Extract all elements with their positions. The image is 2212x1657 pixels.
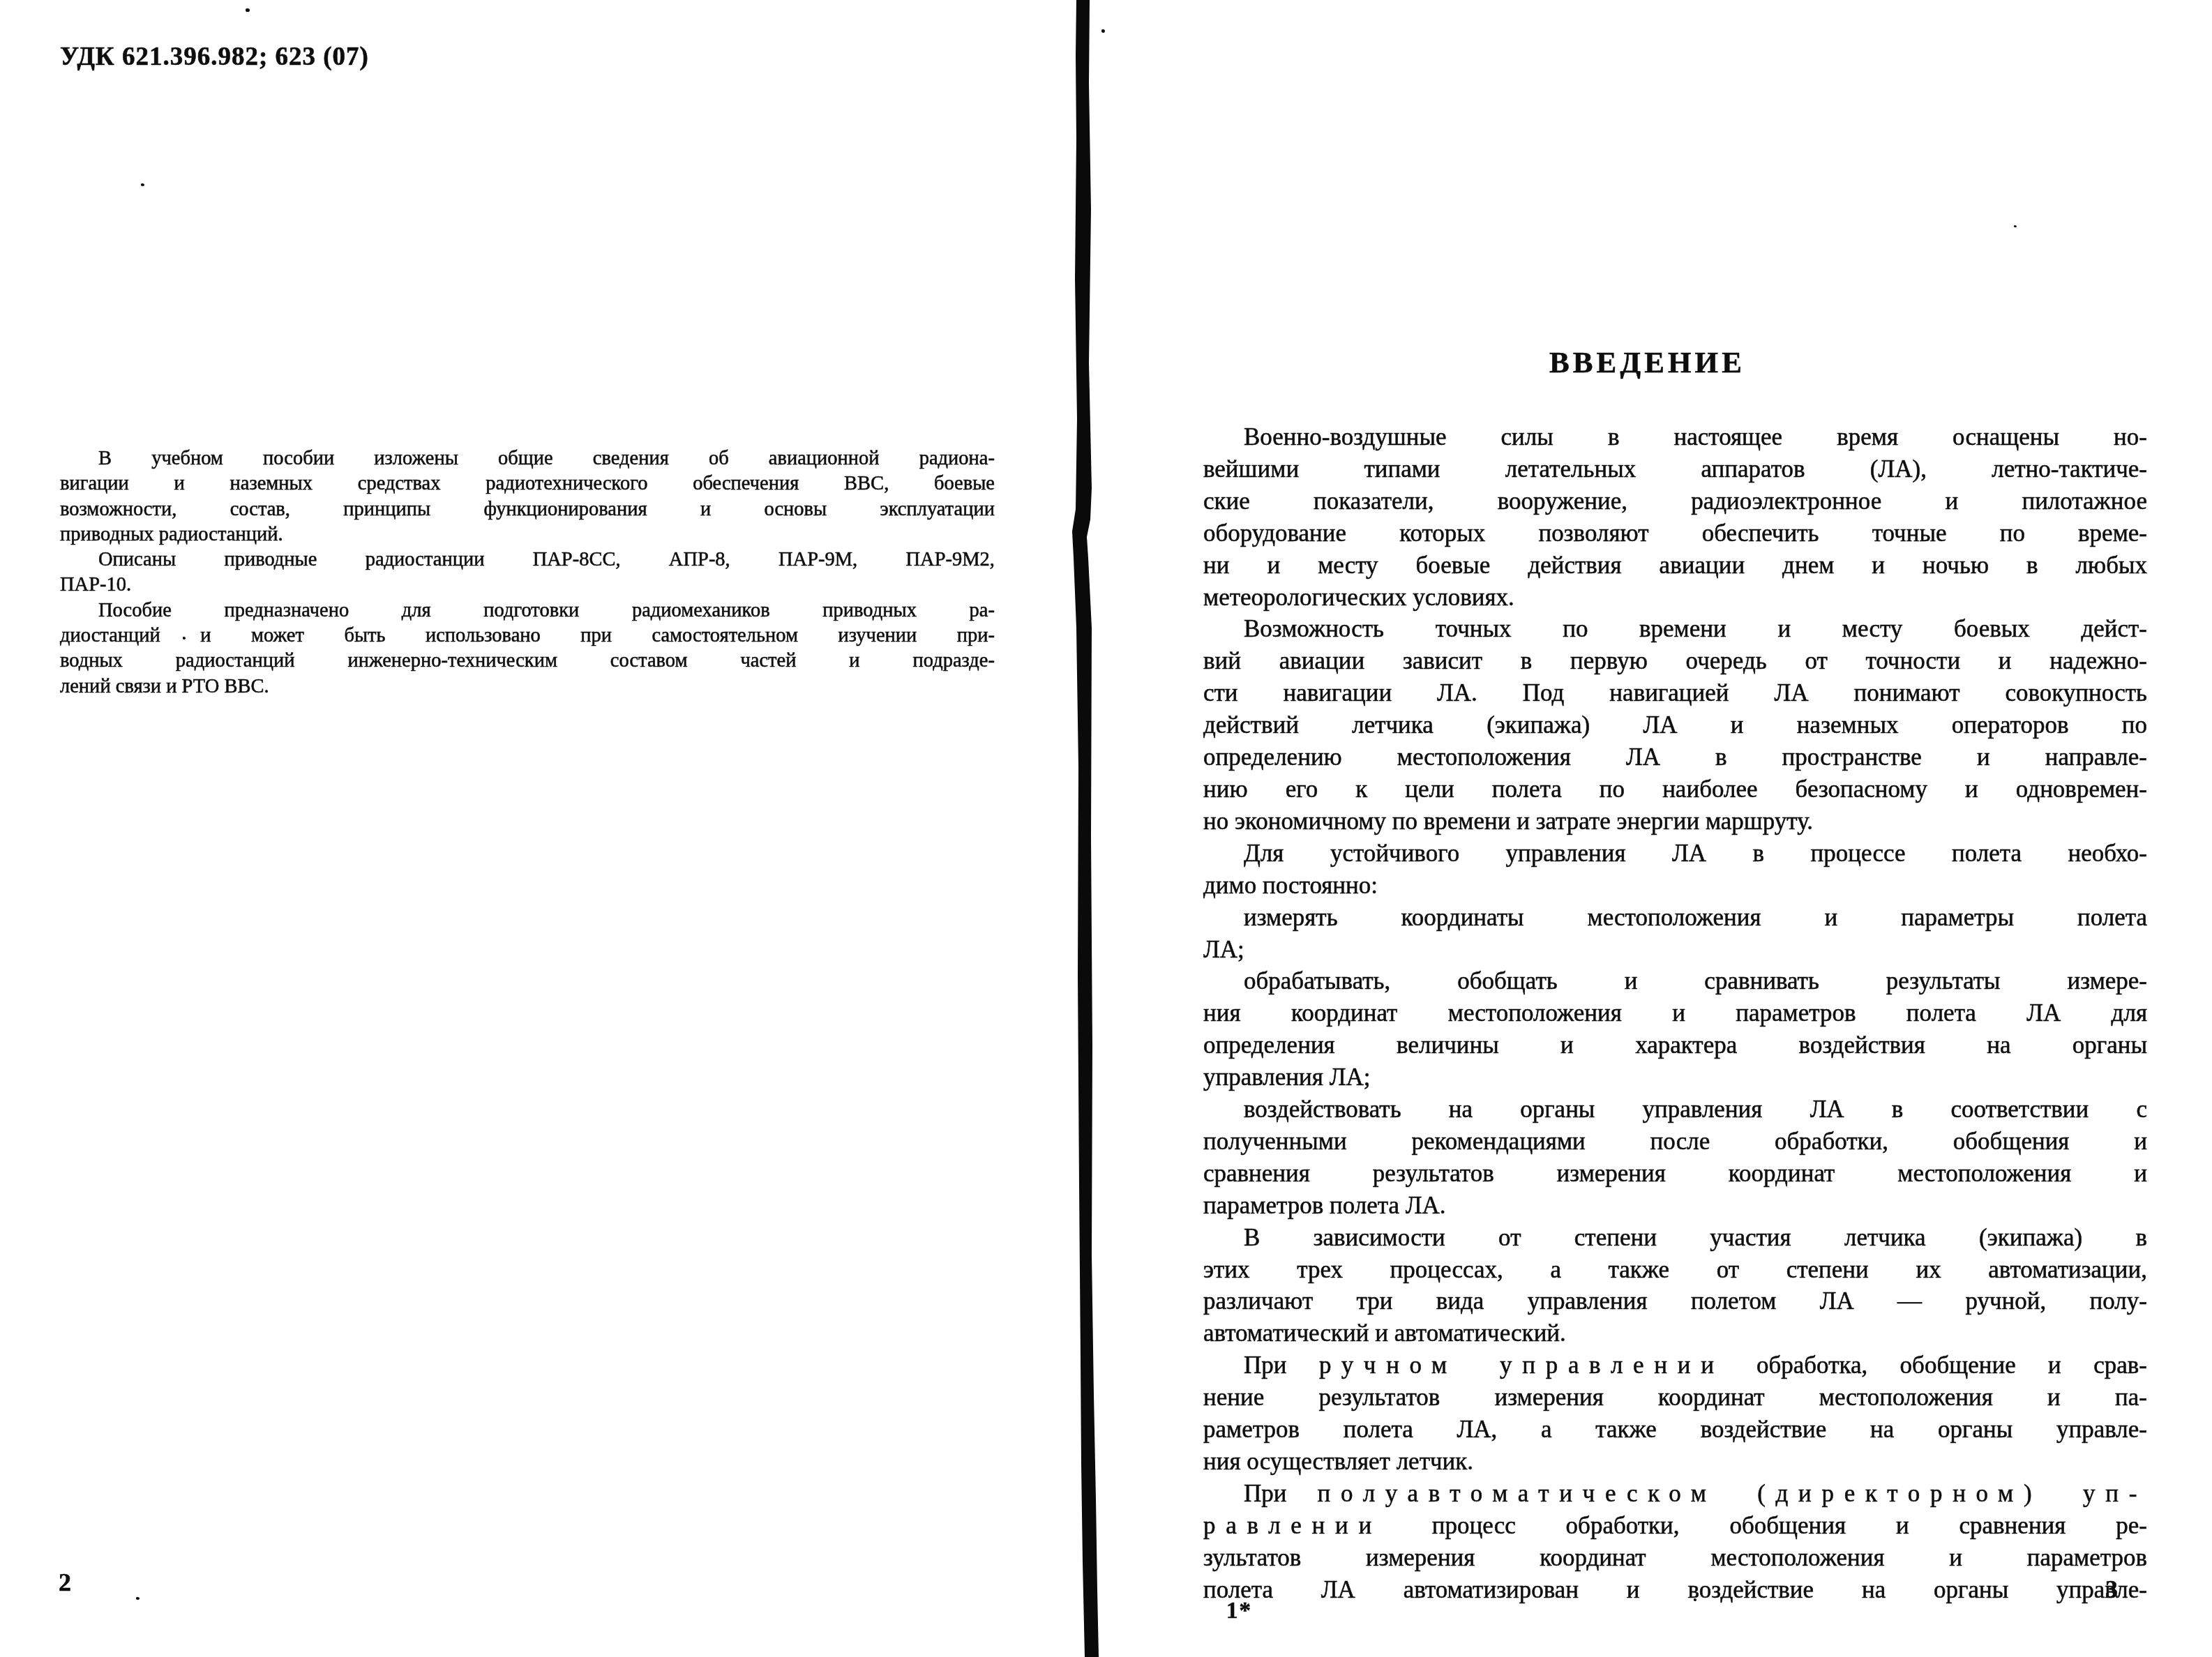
text-segment: полуавтоматическом (директорном) уп- (1318, 1480, 2147, 1507)
udk-classification: УДК 621.396.982; 623 (07) (60, 42, 369, 72)
text-line: ни и месту боевые действия авиации днем … (1203, 550, 2147, 582)
page-number-left: 2 (59, 1568, 71, 1597)
text-segment: Пособие предназначено для подготовки рад… (98, 600, 995, 621)
text-segment: Для устойчивого управления ЛА в процессе… (1244, 840, 2147, 867)
text-line: воздействовать на органы управления ЛА в… (1203, 1094, 2147, 1126)
ink-speck (246, 8, 250, 12)
text-segment: В учебном пособии изложены общие сведени… (98, 448, 995, 469)
text-line: При полуавтоматическом (директорном) уп- (1203, 1478, 2147, 1510)
text-line: этих трех процессах, а также от степени … (1203, 1254, 2147, 1286)
text-segment: полученными рекомендациями после обработ… (1203, 1128, 2147, 1155)
text-segment: автоматический и автоматический. (1203, 1319, 1566, 1347)
text-segment: ПАР-10. (60, 574, 131, 596)
text-line: Пособие предназначено для подготовки рад… (60, 598, 995, 623)
text-segment: ручном управлении (1319, 1352, 1724, 1379)
ink-speck (141, 183, 144, 186)
ink-speck (183, 637, 186, 640)
text-line: полученными рекомендациями после обработ… (1203, 1126, 2147, 1158)
text-line: различают три вида управления полетом ЛА… (1203, 1285, 2147, 1317)
binding-gutter (1064, 0, 1106, 1657)
text-line: метеорологических условиях. (1203, 582, 2147, 614)
ink-speck (136, 1597, 140, 1600)
text-segment: определения величины и характера воздейс… (1203, 1031, 2147, 1059)
annotation-block: В учебном пособии изложены общие сведени… (60, 446, 995, 699)
text-line: Возможность точных по времени и месту бо… (1203, 613, 2147, 645)
text-line: раметров полета ЛА, а также воздействие … (1203, 1414, 2147, 1446)
text-segment: воздействовать на органы управления ЛА в… (1244, 1096, 2147, 1123)
text-segment: приводных радиостанций. (60, 524, 283, 545)
text-segment: полета ЛА автоматизирован и воздействие … (1203, 1576, 2147, 1603)
text-line: В зависимости от степени участия летчика… (1203, 1222, 2147, 1254)
text-segment: нение результатов измерения координат ме… (1203, 1384, 2147, 1411)
text-segment: сравнения результатов измерения координа… (1203, 1160, 2147, 1187)
text-line: обрабатывать, обобщать и сравнивать резу… (1203, 965, 2147, 997)
text-line: диостанций и может быть использовано при… (60, 623, 995, 649)
text-line: равлении процесс обработки, обобщения и … (1203, 1510, 2147, 1542)
ink-speck (1694, 1598, 1696, 1601)
text-segment: оборудование которых позволяют обеспечит… (1203, 520, 2147, 547)
text-line: ЛА; (1203, 934, 2147, 966)
text-line: Для устойчивого управления ЛА в процессе… (1203, 838, 2147, 870)
text-line: автоматический и автоматический. (1203, 1317, 2147, 1349)
text-segment: возможности, состав, принципы функционир… (60, 499, 995, 520)
text-line: вейшими типами летательных аппаратов (ЛА… (1203, 453, 2147, 485)
text-segment: управления ЛА; (1203, 1064, 1370, 1091)
text-segment: Военно-воздушные силы в настоящее время … (1244, 423, 2147, 451)
introduction-text: Военно-воздушные силы в настоящее время … (1203, 421, 2147, 1606)
text-line: параметров полета ЛА. (1203, 1190, 2147, 1222)
text-segment: но экономичному по времени и затрате эне… (1203, 808, 1813, 835)
text-segment: параметров полета ЛА. (1203, 1192, 1446, 1219)
signature-mark: 1* (1226, 1598, 1252, 1624)
text-segment: лений связи и РТО ВВС. (60, 676, 269, 697)
text-segment: нию его к цели полета по наиболее безопа… (1203, 775, 2147, 803)
text-line: ские показатели, вооружение, радиоэлектр… (1203, 485, 2147, 517)
text-line: При ручном управлении обработка, обобщен… (1203, 1349, 2147, 1382)
text-line: лений связи и РТО ВВС. (60, 674, 995, 699)
text-segment: раметров полета ЛА, а также воздействие … (1203, 1416, 2147, 1443)
text-segment: процесс обработки, обобщения и сравнения… (1382, 1512, 2147, 1539)
text-segment: ские показатели, вооружение, радиоэлектр… (1203, 487, 2147, 515)
page-number-right: 3 (2105, 1575, 2118, 1604)
text-segment: метеорологических условиях. (1203, 584, 1514, 611)
book-scan-spread: УДК 621.396.982; 623 (07) В учебном посо… (0, 0, 2212, 1657)
ink-speck (1101, 29, 1105, 33)
text-segment: измерять координаты местоположения и пар… (1244, 904, 2147, 931)
text-segment: В зависимости от степени участия летчика… (1244, 1224, 2147, 1251)
text-segment: ния координат местоположения и параметро… (1203, 999, 2147, 1027)
text-line: измерять координаты местоположения и пар… (1203, 902, 2147, 934)
text-segment: различают три вида управления полетом ЛА… (1203, 1287, 2147, 1315)
text-segment: вейшими типами летательных аппаратов (ЛА… (1203, 455, 2147, 483)
text-line: определения величины и характера воздейс… (1203, 1029, 2147, 1061)
text-segment: диостанций и может быть использовано при… (60, 625, 995, 646)
text-segment: вигации и наземных средствах радиотехнич… (60, 473, 995, 494)
chapter-title: ВВЕДЕНИЕ (1175, 346, 2119, 380)
text-segment: ния осуществляет летчик. (1203, 1448, 1473, 1475)
text-segment: определению местоположения ЛА в простран… (1203, 743, 2147, 771)
text-line: сти навигации ЛА. Под навигацией ЛА пони… (1203, 677, 2147, 709)
text-segment: действий летчика (экипажа) ЛА и наземных… (1203, 711, 2147, 739)
text-segment: сти навигации ЛА. Под навигацией ЛА пони… (1203, 679, 2147, 706)
text-line: ния координат местоположения и параметро… (1203, 997, 2147, 1029)
text-line: приводных радиостанций. (60, 522, 995, 547)
text-segment: димо постоянно: (1203, 872, 1378, 899)
text-line: Описаны приводные радиостанции ПАР-8СС, … (60, 547, 995, 573)
ink-speck (2014, 225, 2017, 227)
text-line: Военно-воздушные силы в настоящее время … (1203, 421, 2147, 453)
text-line: водных радиостанций инженерно-технически… (60, 649, 995, 674)
text-segment: этих трех процессах, а также от степени … (1203, 1256, 2147, 1283)
text-segment: При (1244, 1480, 1318, 1507)
text-line: сравнения результатов измерения координа… (1203, 1158, 2147, 1190)
text-line: димо постоянно: (1203, 870, 2147, 902)
text-segment: равлении (1203, 1512, 1382, 1539)
text-line: управления ЛА; (1203, 1061, 2147, 1094)
text-line: определению местоположения ЛА в простран… (1203, 741, 2147, 773)
text-line: зультатов измерения координат местополож… (1203, 1542, 2147, 1574)
text-segment: водных радиостанций инженерно-технически… (60, 650, 995, 672)
text-line: оборудование которых позволяют обеспечит… (1203, 517, 2147, 550)
text-segment: При (1244, 1352, 1319, 1379)
text-segment: ни и месту боевые действия авиации днем … (1203, 552, 2147, 579)
text-segment: Возможность точных по времени и месту бо… (1244, 615, 2147, 642)
text-segment: зультатов измерения координат местополож… (1203, 1544, 2147, 1571)
text-line: ПАР-10. (60, 573, 995, 598)
text-line: ния осуществляет летчик. (1203, 1446, 2147, 1478)
text-line: полета ЛА автоматизирован и воздействие … (1203, 1574, 2147, 1606)
text-line: В учебном пособии изложены общие сведени… (60, 446, 995, 471)
text-line: действий летчика (экипажа) ЛА и наземных… (1203, 709, 2147, 741)
text-segment: ЛА; (1203, 936, 1244, 963)
text-line: но экономичному по времени и затрате эне… (1203, 805, 2147, 838)
text-line: нию его к цели полета по наиболее безопа… (1203, 773, 2147, 805)
text-segment: вий авиации зависит в первую очередь от … (1203, 647, 2147, 674)
text-line: вигации и наземных средствах радиотехнич… (60, 471, 995, 497)
text-segment: Описаны приводные радиостанции ПАР-8СС, … (98, 549, 995, 570)
text-line: вий авиации зависит в первую очередь от … (1203, 645, 2147, 677)
text-segment: обрабатывать, обобщать и сравнивать резу… (1244, 967, 2147, 994)
text-line: нение результатов измерения координат ме… (1203, 1382, 2147, 1414)
text-line: возможности, состав, принципы функционир… (60, 497, 995, 522)
text-segment: обработка, обобщение и срав- (1724, 1352, 2147, 1379)
